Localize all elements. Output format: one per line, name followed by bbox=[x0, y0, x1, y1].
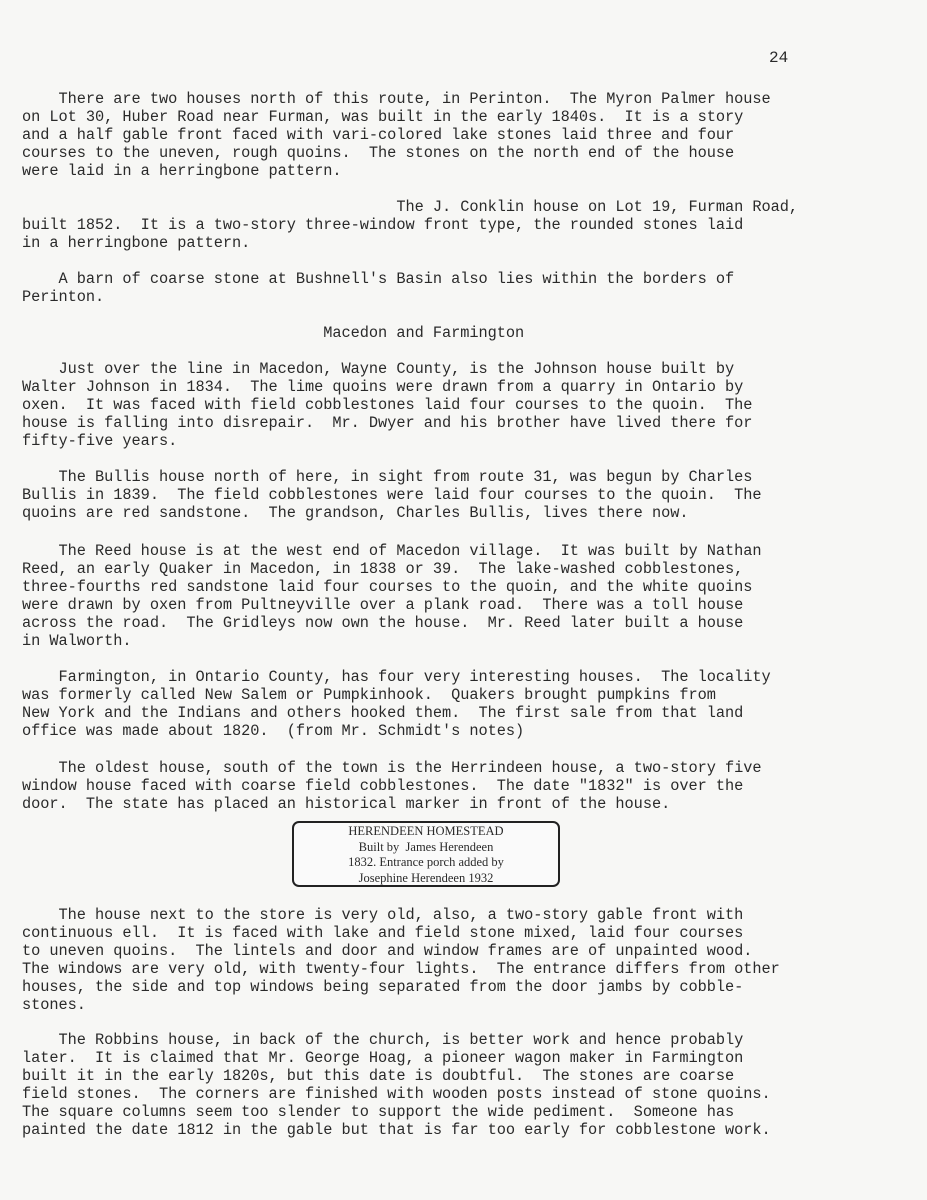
text-line: office was made about 1820. (from Mr. Sc… bbox=[22, 722, 524, 740]
text-line: fifty-five years. bbox=[22, 432, 177, 450]
text-line: window house faced with coarse field cob… bbox=[22, 777, 743, 795]
text-line: three-fourths red sandstone laid four co… bbox=[22, 578, 752, 596]
text-line: built it in the early 1820s, but this da… bbox=[22, 1067, 734, 1085]
text-line: Bullis in 1839. The field cobblestones w… bbox=[22, 486, 762, 504]
text-line: field stones. The corners are finished w… bbox=[22, 1085, 771, 1103]
text-line: houses, the side and top windows being s… bbox=[22, 978, 743, 996]
text-line: door. The state has placed an historical… bbox=[22, 795, 670, 813]
text-line: Farmington, in Ontario County, has four … bbox=[22, 668, 771, 686]
text-line: was formerly called New Salem or Pumpkin… bbox=[22, 686, 716, 704]
text-line: The Robbins house, in back of the church… bbox=[22, 1031, 743, 1049]
text-line: built 1852. It is a two-story three-wind… bbox=[22, 216, 743, 234]
text-line: across the road. The Gridleys now own th… bbox=[22, 614, 743, 632]
text-line: painted the date 1812 in the gable but t… bbox=[22, 1121, 771, 1139]
text-line: were drawn by oxen from Pultneyville ove… bbox=[22, 596, 743, 614]
text-line: oxen. It was faced with field cobbleston… bbox=[22, 396, 752, 414]
text-line: house is falling into disrepair. Mr. Dwy… bbox=[22, 414, 752, 432]
text-line: on Lot 30, Huber Road near Furman, was b… bbox=[22, 108, 743, 126]
text-line: Reed, an early Quaker in Macedon, in 183… bbox=[22, 560, 743, 578]
text-line: stones. bbox=[22, 996, 86, 1014]
text-line: in Walworth. bbox=[22, 632, 132, 650]
text-line: The Reed house is at the west end of Mac… bbox=[22, 542, 762, 560]
text-line: quoins are red sandstone. The grandson, … bbox=[22, 504, 688, 522]
text-line: A barn of coarse stone at Bushnell's Bas… bbox=[22, 270, 734, 288]
text-line: to uneven quoins. The lintels and door a… bbox=[22, 942, 752, 960]
text-line: later. It is claimed that Mr. George Hoa… bbox=[22, 1049, 743, 1067]
historical-marker-box: HERENDEEN HOMESTEAD Built by James Heren… bbox=[292, 821, 560, 887]
text-line: The square columns seem too slender to s… bbox=[22, 1103, 734, 1121]
text-line: The J. Conklin house on Lot 19, Furman R… bbox=[22, 198, 798, 216]
page-number: 24 bbox=[769, 49, 788, 67]
marker-line: 1832. Entrance porch added by bbox=[294, 855, 558, 871]
text-line: Perinton. bbox=[22, 288, 104, 306]
text-line: courses to the uneven, rough quoins. The… bbox=[22, 144, 734, 162]
text-line: New York and the Indians and others hook… bbox=[22, 704, 743, 722]
text-line: There are two houses north of this route… bbox=[22, 90, 771, 108]
text-line: continuous ell. It is faced with lake an… bbox=[22, 924, 743, 942]
marker-title: HERENDEEN HOMESTEAD bbox=[294, 824, 558, 840]
marker-line: Built by James Herendeen bbox=[294, 840, 558, 856]
text-line: Just over the line in Macedon, Wayne Cou… bbox=[22, 360, 734, 378]
marker-line: Josephine Herendeen 1932 bbox=[294, 871, 558, 887]
text-line: were laid in a herringbone pattern. bbox=[22, 162, 342, 180]
text-line: and a half gable front faced with vari-c… bbox=[22, 126, 734, 144]
text-line: The house next to the store is very old,… bbox=[22, 906, 743, 924]
text-line: Macedon and Farmington bbox=[22, 324, 524, 342]
text-line: in a herringbone pattern. bbox=[22, 234, 250, 252]
text-line: The oldest house, south of the town is t… bbox=[22, 759, 762, 777]
text-line: The windows are very old, with twenty-fo… bbox=[22, 960, 780, 978]
text-line: The Bullis house north of here, in sight… bbox=[22, 468, 752, 486]
text-line: Walter Johnson in 1834. The lime quoins … bbox=[22, 378, 743, 396]
